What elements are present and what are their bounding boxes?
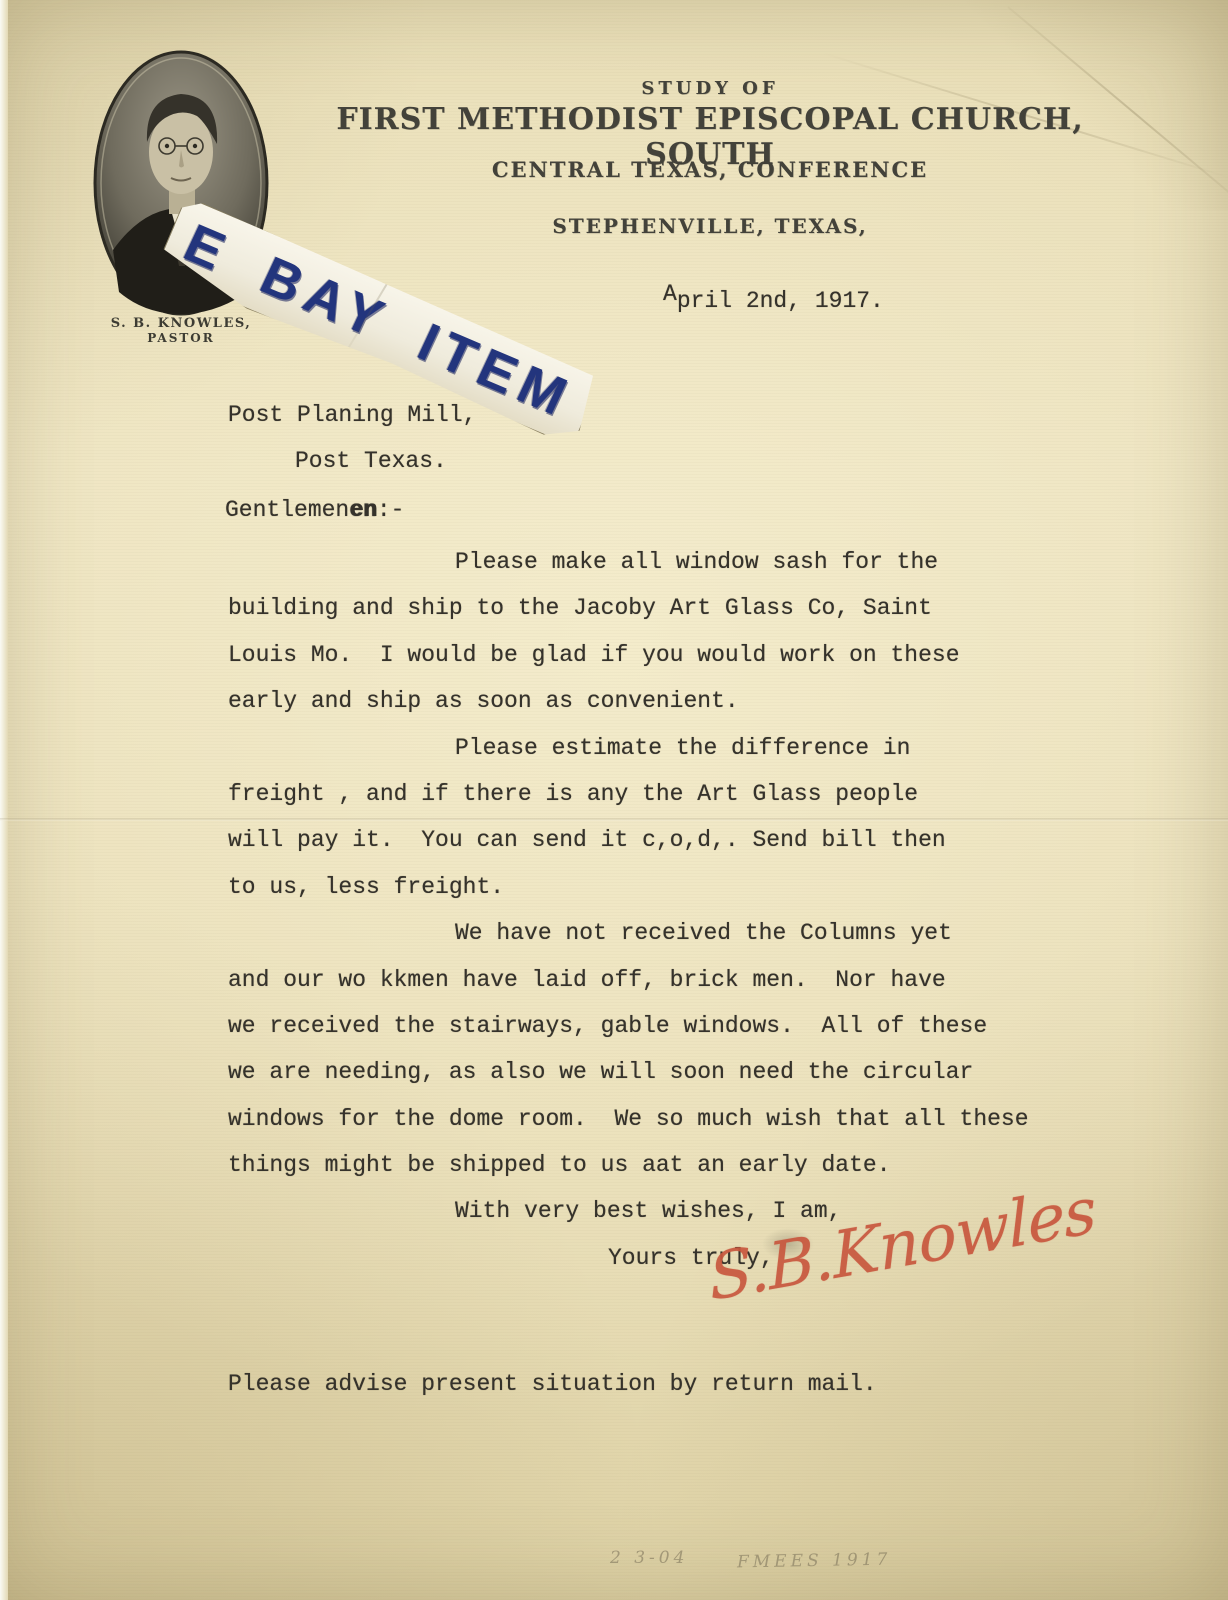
letter-line: Please make all window sash for the	[228, 549, 1029, 595]
letter-line: Louis Mo. I would be glad if you would w…	[228, 642, 1029, 688]
letter-line: we received the stairways, gable windows…	[228, 1013, 1029, 1059]
letter-line: and our wo kkmen have laid off, brick me…	[228, 967, 1029, 1013]
letter-line: will pay it. You can send it c,o,d,. Sen…	[228, 827, 1029, 873]
salutation-overstrike: en	[349, 497, 377, 523]
pencil-annotation-right: FMEES 1917	[737, 1550, 892, 1573]
date-initial: A	[663, 281, 677, 307]
date-rest: pril 2nd, 1917.	[677, 288, 884, 314]
letter-scan-page: STUDY OF FIRST METHODIST EPISCOPAL CHURC…	[0, 0, 1228, 1600]
letter-body: Please make all window sash for the buil…	[228, 549, 1029, 1291]
salutation: Gentlemenen:-	[225, 497, 404, 523]
letterhead-study-of: STUDY OF	[280, 78, 1140, 99]
letter-line: things might be shipped to us aat an ear…	[228, 1152, 1029, 1198]
letter-line: early and ship as soon as convenient.	[228, 688, 1029, 734]
pastor-name: S. B. KNOWLES,	[88, 316, 274, 331]
address-line-1: Post Planing Mill,	[228, 402, 476, 428]
address-line-2: Post Texas.	[295, 448, 447, 474]
date-line: April 2nd, 1917.	[663, 288, 884, 314]
letterhead-city: STEPHENVILLE, TEXAS,	[280, 214, 1140, 238]
letter-line: we are needing, as also we will soon nee…	[228, 1059, 1029, 1105]
letterhead-conference: CENTRAL TEXAS, CONFERENCE	[280, 157, 1140, 182]
letter-line: Please estimate the difference in	[228, 735, 1029, 781]
letter-line: to us, less freight.	[228, 874, 1029, 920]
scan-edge	[0, 0, 8, 1600]
letter-line: windows for the dome room. We so much wi…	[228, 1106, 1029, 1152]
pastor-title: PASTOR	[88, 331, 274, 345]
pencil-annotation-left: 2 3-04	[610, 1548, 688, 1568]
postscript-line: Please advise present situation by retur…	[228, 1371, 877, 1397]
pastor-caption: S. B. KNOWLES, PASTOR	[88, 316, 274, 345]
letter-line: freight , and if there is any the Art Gl…	[228, 781, 1029, 827]
letter-line: We have not received the Columns yet	[228, 920, 1029, 966]
letter-line: building and ship to the Jacoby Art Glas…	[228, 595, 1029, 641]
